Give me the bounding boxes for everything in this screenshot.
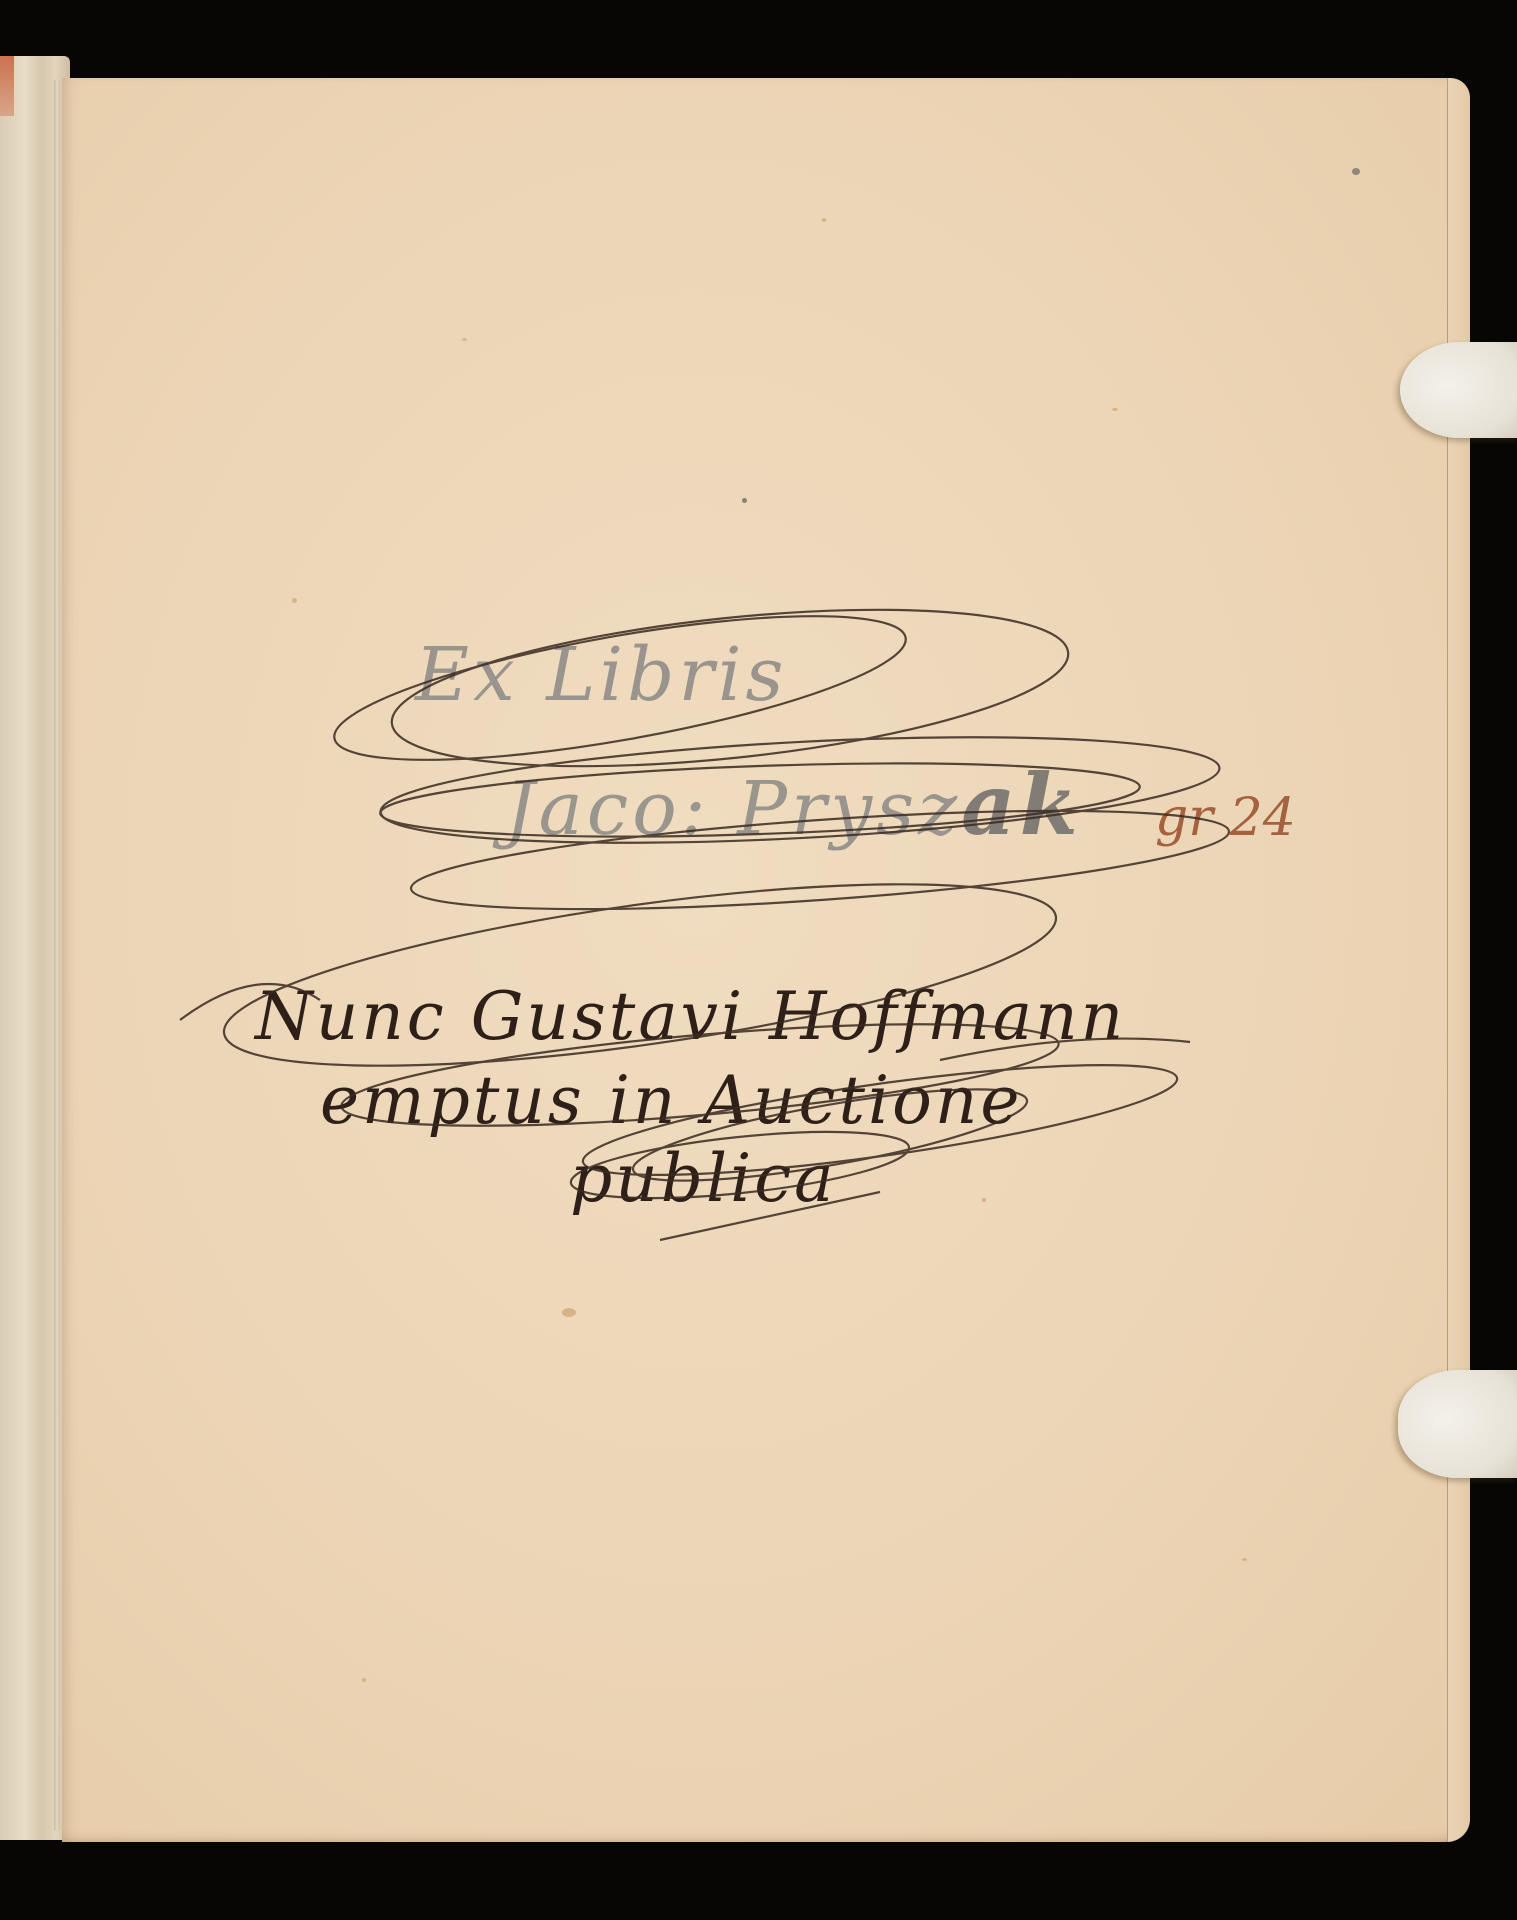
- pen-cancellation-loops: [0, 0, 1517, 1920]
- inscriptions: Ex Libris Jaco: Pryszak gr 24 Nunc Gusta…: [0, 0, 1517, 1920]
